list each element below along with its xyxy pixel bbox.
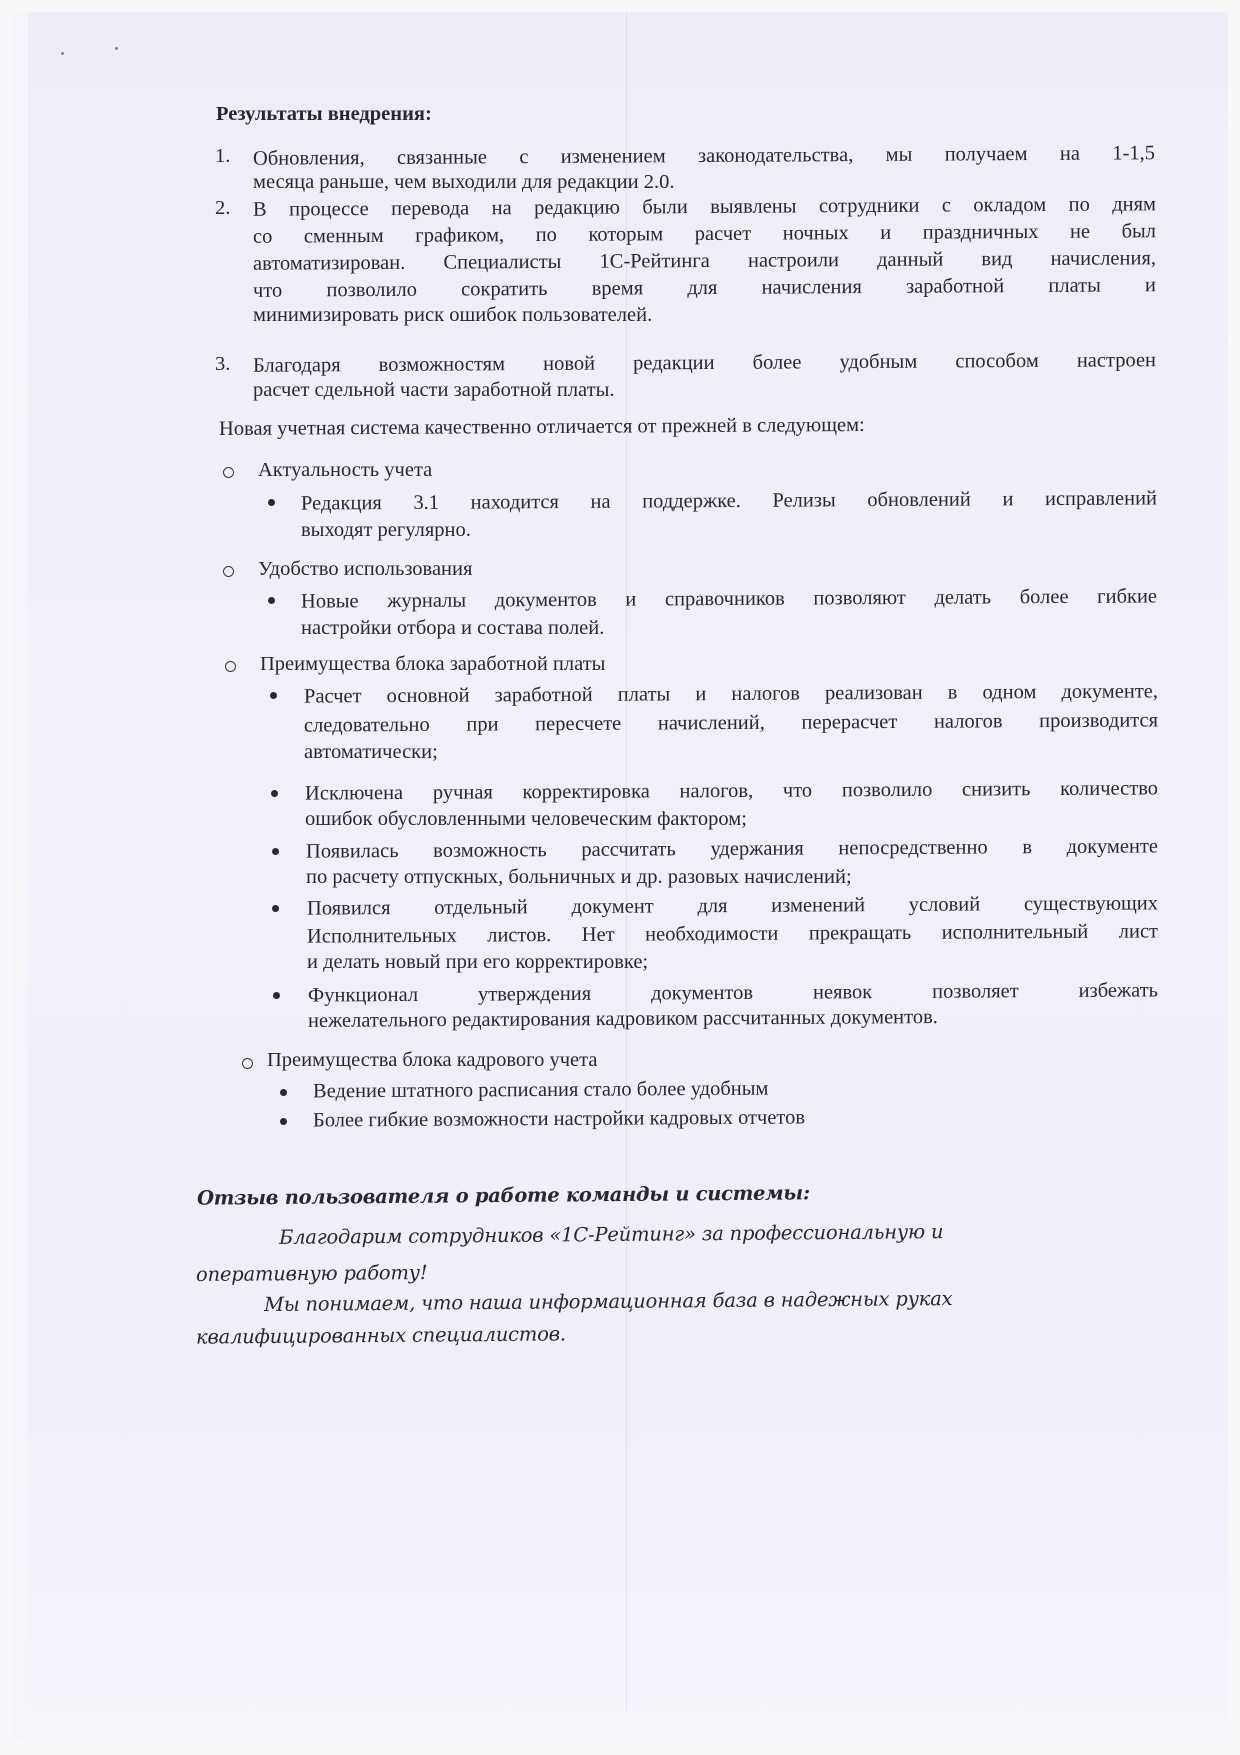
bullet-icon (280, 1118, 287, 1125)
list-item-text: В процессе перевода на редакцию были выя… (253, 191, 1156, 223)
bullet-icon (271, 790, 278, 797)
review-text: квалифицированных специалистов. (196, 1321, 566, 1350)
bullet-text: и делать новый при его корректировке; (307, 949, 648, 975)
comparison-intro: Новая учетная система качественно отлича… (219, 412, 865, 442)
review-text: оперативную работу! (196, 1260, 428, 1288)
bullet-text: по расчету отпускных, больничных и др. р… (306, 864, 852, 890)
circle-bullet-icon (223, 566, 234, 577)
bullet-text: Ведение штатного расписания стало более … (313, 1076, 769, 1105)
bullet-icon (272, 848, 279, 855)
scan-speck (61, 52, 64, 55)
category-title: Преимущества блока кадрового учета (267, 1047, 597, 1073)
bullet-text: Более гибкие возможности настройки кадро… (313, 1104, 805, 1133)
bullet-text: Функционал утверждения документов неявок… (308, 977, 1158, 1008)
bullet-icon (280, 1089, 287, 1096)
bullet-icon (268, 499, 275, 506)
list-item-text: со сменным графиком, по которым расчет н… (253, 218, 1156, 250)
list-number: 3. (215, 351, 230, 377)
scan-edge-strip (12, 12, 28, 1740)
list-item-text: автоматизирован. Специалисты 1С-Рейтинга… (253, 245, 1156, 277)
bullet-text: Появился отдельный документ для изменени… (307, 890, 1158, 921)
bullet-text: настройки отбора и состава полей. (301, 615, 604, 641)
category-title: Актуальность учета (258, 457, 432, 483)
bullet-text: Новые журналы документов и справочников … (301, 583, 1157, 614)
bullet-icon (268, 597, 275, 604)
bullet-text: ошибок обусловленными человеческим факто… (305, 806, 747, 832)
review-heading: Отзыв пользователя о работе команды и си… (197, 1180, 810, 1211)
category-title: Преимущества блока заработной платы (260, 651, 605, 677)
circle-bullet-icon (223, 467, 234, 478)
list-number: 2. (215, 195, 230, 221)
bullet-text: Расчет основной заработной платы и налог… (304, 678, 1158, 709)
list-item-text: Благодаря возможностям новой редакции бо… (253, 347, 1156, 379)
bullet-text: Исполнительных листов. Нет необходимости… (307, 918, 1158, 949)
bullet-text: Исключена ручная корректировка налогов, … (305, 775, 1158, 806)
bullet-text: Появилась возможность рассчитать удержан… (306, 833, 1158, 864)
list-item-text: Обновления, связанные с изменением закон… (253, 140, 1155, 172)
list-item-text: минимизировать риск ошибок пользователей… (253, 302, 652, 328)
bullet-icon (273, 992, 280, 999)
list-number: 1. (215, 143, 230, 169)
list-item-text: расчет сдельной части заработной платы. (253, 377, 614, 403)
circle-bullet-icon (242, 1058, 253, 1069)
list-item-text: что позволило сократить время для начисл… (253, 272, 1156, 304)
bullet-icon (272, 905, 279, 912)
scan-speck (115, 47, 118, 50)
circle-bullet-icon (225, 661, 236, 672)
bullet-text: автоматически; (304, 739, 438, 765)
bullet-text: Редакция 3.1 находится на поддержке. Рел… (301, 485, 1157, 516)
category-title: Удобство использования (258, 556, 472, 582)
bullet-text: следовательно при пересчете начислений, … (304, 707, 1158, 738)
list-item-text: месяца раньше, чем выходили для редакции… (253, 169, 675, 195)
bullet-text: выходят регулярно. (301, 517, 471, 543)
results-heading: Результаты внедрения: (216, 101, 432, 127)
bullet-text: нежелательного редактирования кадровиком… (308, 1004, 938, 1034)
bullet-icon (270, 692, 277, 699)
